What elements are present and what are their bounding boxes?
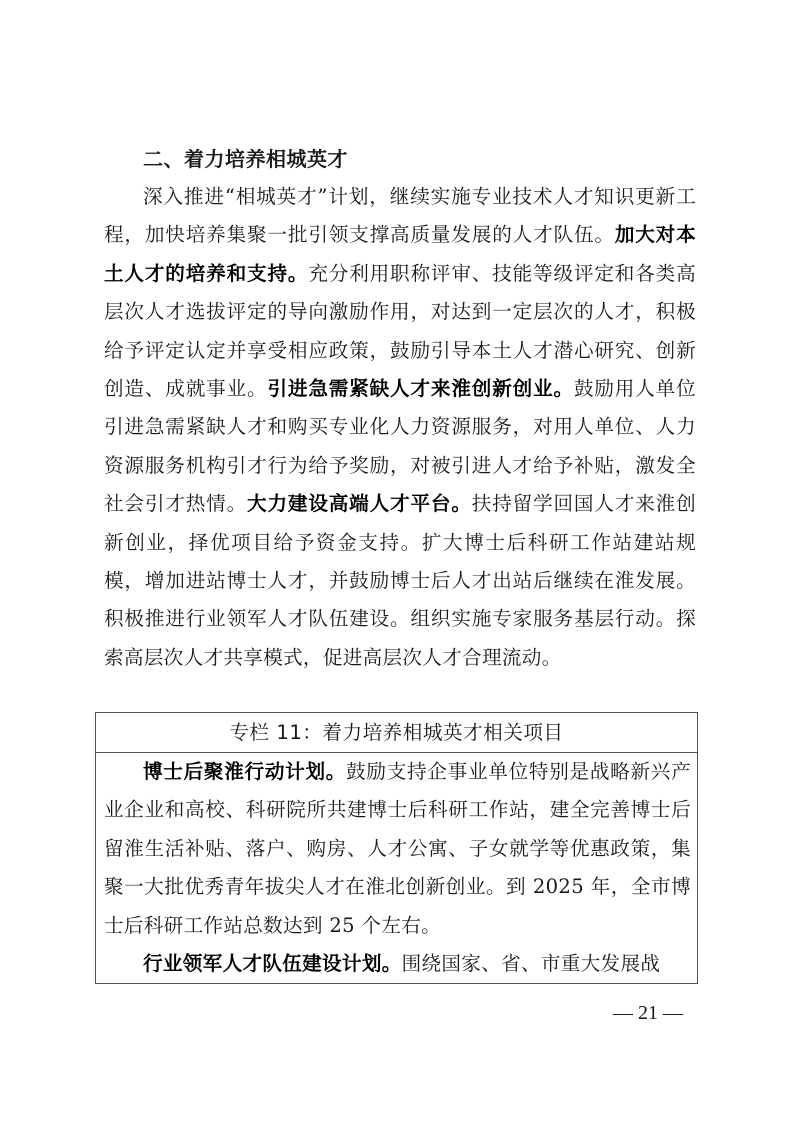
paragraph-bold-lead: 大力建设高端人才平台。 — [247, 492, 472, 515]
box-item-lead: 行业领军人才队伍建设计划。 — [143, 952, 402, 975]
paragraph-bold-lead: 引进急需紧缺人才来淮创新创业。 — [267, 377, 573, 400]
project-box: 专栏 11：着力培养相城英才相关项目 博士后聚淮行动计划。鼓励支持企事业单位特别… — [95, 712, 698, 984]
box-item-text: 围绕国家、省、市重大发展战 — [402, 952, 661, 975]
box-item: 行业领军人才队伍建设计划。围绕国家、省、市重大发展战 — [104, 945, 691, 983]
box-title: 专栏 11：着力培养相城英才相关项目 — [96, 713, 697, 753]
paragraph-text: 深入推进“相城英才”计划，继续实施专业技术人才知识更新工程，加快培养集聚一批引领… — [104, 185, 696, 246]
box-item-lead: 博士后聚淮行动计划。 — [143, 760, 346, 783]
page-number: — 21 — — [613, 1002, 683, 1025]
paragraph-text: 扶持留学回国人才来淮创新创业，择优项目给予资金支持。扩大博士后科研工作站建站规模… — [104, 492, 696, 669]
box-item-text: 鼓励支持企事业单位特别是战略新兴产业企业和高校、科研院所共建博士后科研工作站，建… — [104, 760, 691, 937]
document-page: 二、着力培养相城英才 深入推进“相城英才”计划，继续实施专业技术人才知识更新工程… — [0, 0, 793, 1122]
box-item: 博士后聚淮行动计划。鼓励支持企事业单位特别是战略新兴产业企业和高校、科研院所共建… — [104, 753, 691, 945]
section-heading: 二、着力培养相城英才 — [143, 140, 348, 178]
section-paragraph: 深入推进“相城英才”计划，继续实施专业技术人才知识更新工程，加快培养集聚一批引领… — [104, 178, 696, 677]
box-body: 博士后聚淮行动计划。鼓励支持企事业单位特别是战略新兴产业企业和高校、科研院所共建… — [96, 753, 697, 983]
